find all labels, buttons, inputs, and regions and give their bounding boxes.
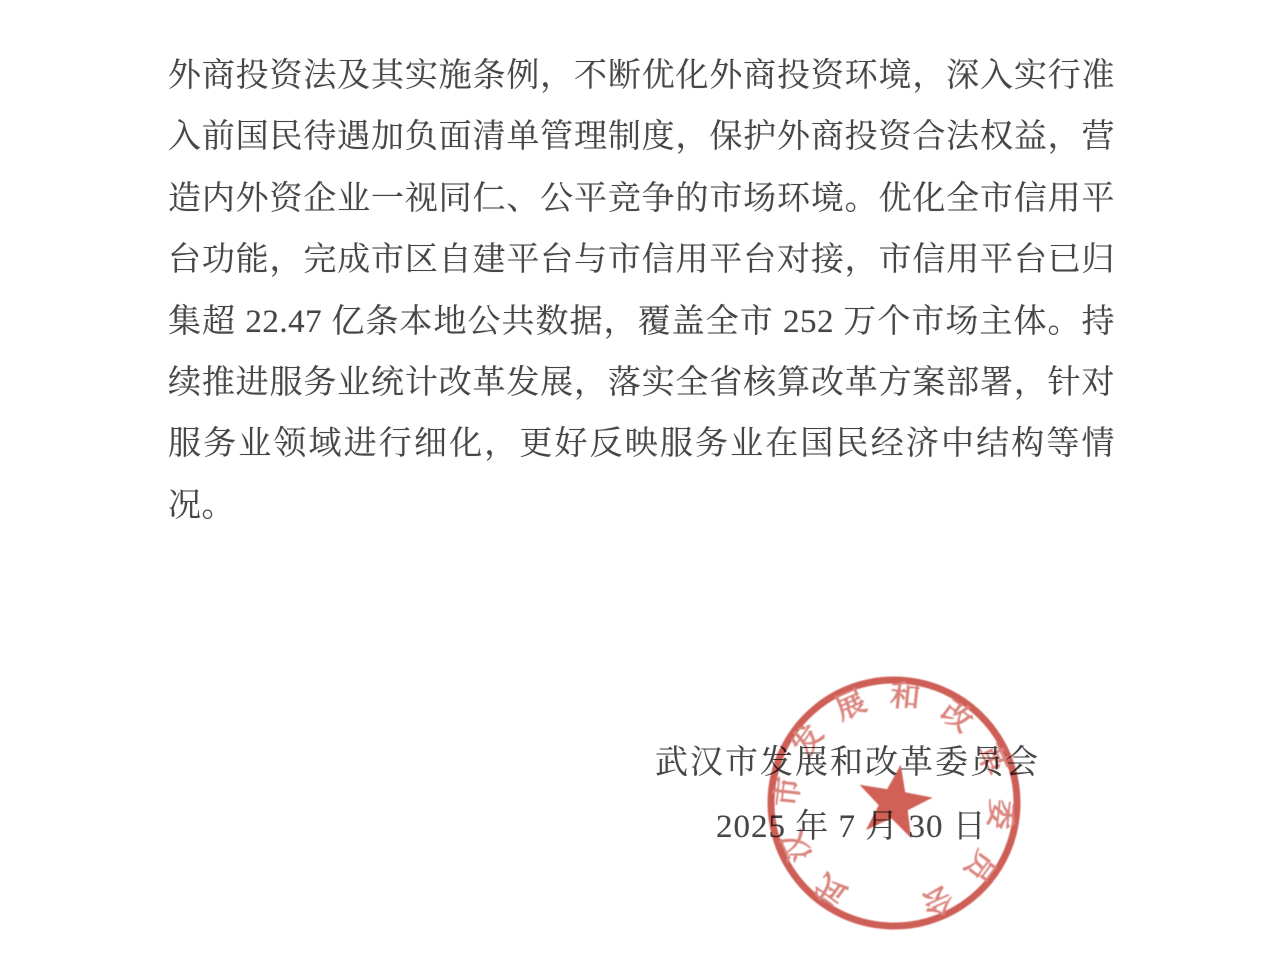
seal-arc-text: 武 [810,867,854,911]
seal-arc-text: 委 [982,797,1018,830]
seal-arc-text: 改 [935,695,979,739]
document-page: 外商投资法及其实施条例，不断优化外商投资环境，深入实行准 入前国民待遇加负面清单… [0,0,1280,959]
star-icon [855,761,936,840]
official-seal: 武汉市发展和改革委员会 [758,667,1030,939]
seal-arc-text: 员 [957,844,1003,889]
body-line: 外商投资法及其实施条例，不断优化外商投资环境，深入实行准 [168,46,1115,107]
body-line: 续推进服务业统计改革发展，落实全省核算改革方案部署，针对 [168,353,1115,414]
body-line: 造内外资企业一视同仁、公平竞争的市场环境。优化全市信用平 [168,169,1115,230]
seal-arc-text: 市 [770,775,806,808]
body-line: 况。 [168,476,1115,537]
body-line: 集超 22.47 亿条本地公共数据，覆盖全市 252 万个市场主体。持 [168,292,1115,353]
body-line: 入前国民待遇加负面清单管理制度，保护外商投资合法权益，营 [168,107,1115,168]
body-line: 服务业领域进行细化，更好反映服务业在国民经济中结构等情 [168,414,1115,475]
body-paragraph: 外商投资法及其实施条例，不断优化外商投资环境，深入实行准 入前国民待遇加负面清单… [168,46,1115,537]
official-seal-graphic: 武汉市发展和改革委员会 [758,667,1030,939]
seal-arc-text: 和 [888,679,921,715]
body-line: 台功能，完成市区自建平台与市信用平台对接，市信用平台已归 [168,230,1115,291]
seal-arc-text: 发 [785,718,830,762]
